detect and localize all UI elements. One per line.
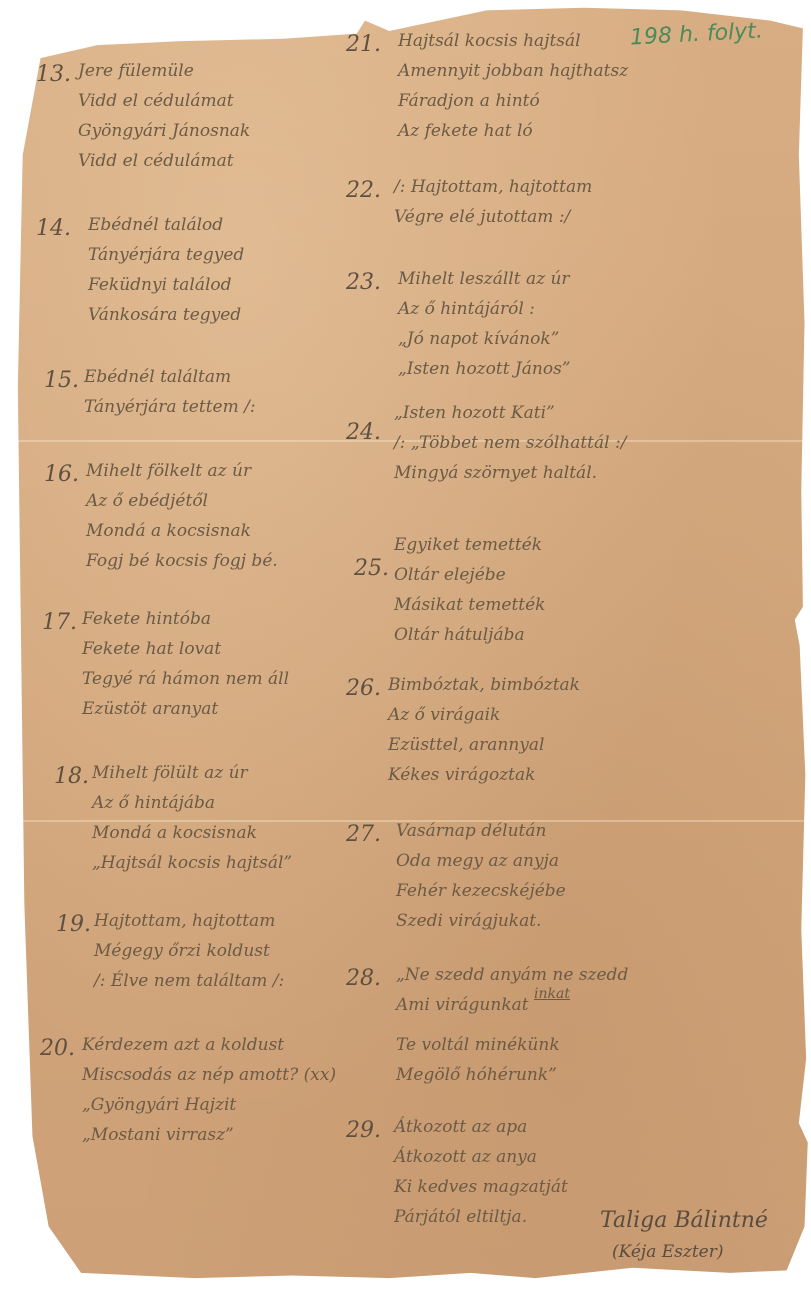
verse-number: 14.: [36, 216, 71, 241]
verse-line: „Ne szedd anyám ne szedd: [396, 960, 628, 990]
verse-number: 16.: [44, 462, 79, 487]
verse-line: Fekete hat lovat: [82, 634, 289, 664]
verse-line: Hajtottam, hajtottam: [94, 906, 284, 936]
verse-number: 22.: [346, 178, 381, 203]
signature-name: Taliga Bálintné: [600, 1208, 768, 1233]
verse-line: Fehér kezecskéjébe: [396, 876, 566, 906]
verse-number: 18.: [54, 764, 89, 789]
verse-line: Tányérjára tegyed: [88, 240, 244, 270]
verse-line: Mondá a kocsisnak: [92, 818, 292, 848]
verse-number: 29.: [346, 1118, 381, 1143]
verse-line: Ki kedves magzatját: [394, 1172, 568, 1202]
verse-line: Mihelt fölkelt az úr: [86, 456, 278, 486]
verse-number: 13.: [36, 62, 71, 87]
verse-line: Szedi virágjukat.: [396, 906, 566, 936]
verse-line: Kékes virágoztak: [388, 760, 580, 790]
verse-line: /: Élve nem találtam /:: [94, 966, 284, 996]
verse-line: Megölő hóhérunk”: [396, 1060, 628, 1090]
correction-insert: inkat: [534, 986, 570, 1002]
verse-line: Vasárnap délután: [396, 816, 566, 846]
verse-line: Az ő hintájába: [92, 788, 292, 818]
verse-number: 26.: [346, 676, 381, 701]
verse-line: Vidd el cédulámat: [78, 146, 250, 176]
verse-line: Oda megy az anyja: [396, 846, 566, 876]
verse-line: „Gyöngyári Hajzit: [82, 1090, 336, 1120]
verse-line: Jere fülemüle: [78, 56, 250, 86]
verse-line: Te voltál minékünk: [396, 1030, 628, 1060]
verse-number: 19.: [56, 912, 91, 937]
verse-number: 27.: [346, 822, 381, 847]
verse-number: 24.: [346, 420, 381, 445]
verse-line: Ebédnél találtam: [84, 362, 256, 392]
verse-line: Mégegy őrzi koldust: [94, 936, 284, 966]
verse-line: Oltár hátuljába: [394, 620, 545, 650]
verse-line: Másikat temették: [394, 590, 545, 620]
verse-number: 21.: [346, 32, 381, 57]
verse-number: 20.: [40, 1036, 75, 1061]
verse-line: Mondá a kocsisnak: [86, 516, 278, 546]
archival-page-number: 198 h. folyt.: [629, 19, 763, 51]
verse-line: „Hajtsál kocsis hajtsál”: [92, 848, 292, 878]
verse-number: 25.: [354, 556, 389, 581]
verse-line: Fekete hintóba: [82, 604, 289, 634]
verse-line: Bimbóztak, bimbóztak: [388, 670, 580, 700]
manuscript-page: 198 h. folyt. 13. Jere fülemüle Vidd el …: [0, 0, 811, 1291]
verse-line: „Jó napot kívánok”: [398, 324, 570, 354]
verse-line: Az ő hintájáról :: [398, 294, 570, 324]
verse-line: Az fekete hat ló: [398, 116, 628, 146]
verse-line: Miscsodás az nép amott? (xx): [82, 1060, 336, 1090]
verse-line: Mihelt fölült az úr: [92, 758, 292, 788]
verse-line: /: Hajtottam, hajtottam: [394, 172, 592, 202]
verse-line: Az ő virágaik: [388, 700, 580, 730]
verse-number: 17.: [42, 610, 77, 635]
verse-line: Átkozott az anya: [394, 1142, 568, 1172]
verse-line: Átkozott az apa: [394, 1112, 568, 1142]
verse-line: „Mostani virrasz”: [82, 1120, 336, 1150]
verse-line: Végre elé jutottam :/: [394, 202, 592, 232]
verse-number: 15.: [44, 368, 79, 393]
verse-line: Ebédnél találod: [88, 210, 244, 240]
verse-line: Vidd el cédulámat: [78, 86, 250, 116]
verse-line: Egyiket temették: [394, 530, 545, 560]
verse-line: „Isten hozott Kati”: [394, 398, 626, 428]
signature-note: (Kéja Eszter): [612, 1242, 724, 1262]
verse-line: Az ő ebédjétől: [86, 486, 278, 516]
verse-line: Ezüsttel, arannyal: [388, 730, 580, 760]
verse-line: Amennyit jobban hajthatsz: [398, 56, 628, 86]
verse-line: Hajtsál kocsis hajtsál: [398, 26, 628, 56]
verse-line: Ezüstöt aranyat: [82, 694, 289, 724]
verse-line: /: „Többet nem szólhattál :/: [394, 428, 626, 458]
verse-line: Mihelt leszállt az úr: [398, 264, 570, 294]
verse-line: Ami virágunkat inkat: [396, 990, 628, 1020]
verse-line: „Isten hozott János”: [398, 354, 570, 384]
verse-line: Oltár elejébe: [394, 560, 545, 590]
verse-line: Tegyé rá hámon nem áll: [82, 664, 289, 694]
verse-line: Kérdezem azt a koldust: [82, 1030, 336, 1060]
verse-line: Fáradjon a hintó: [398, 86, 628, 116]
verse-line: Fogj bé kocsis fogj bé.: [86, 546, 278, 576]
verse-line: Vánkosára tegyed: [88, 300, 244, 330]
verse-number: 28.: [346, 966, 381, 991]
verse-line: Mingyá szörnyet haltál.: [394, 458, 626, 488]
verse-line: Gyöngyári Jánosnak: [78, 116, 250, 146]
verse-line: Párjától eltiltja.: [394, 1202, 568, 1232]
verse-line: Tányérjára tettem /:: [84, 392, 256, 422]
verse-number: 23.: [346, 270, 381, 295]
verse-line: Feküdnyi találod: [88, 270, 244, 300]
